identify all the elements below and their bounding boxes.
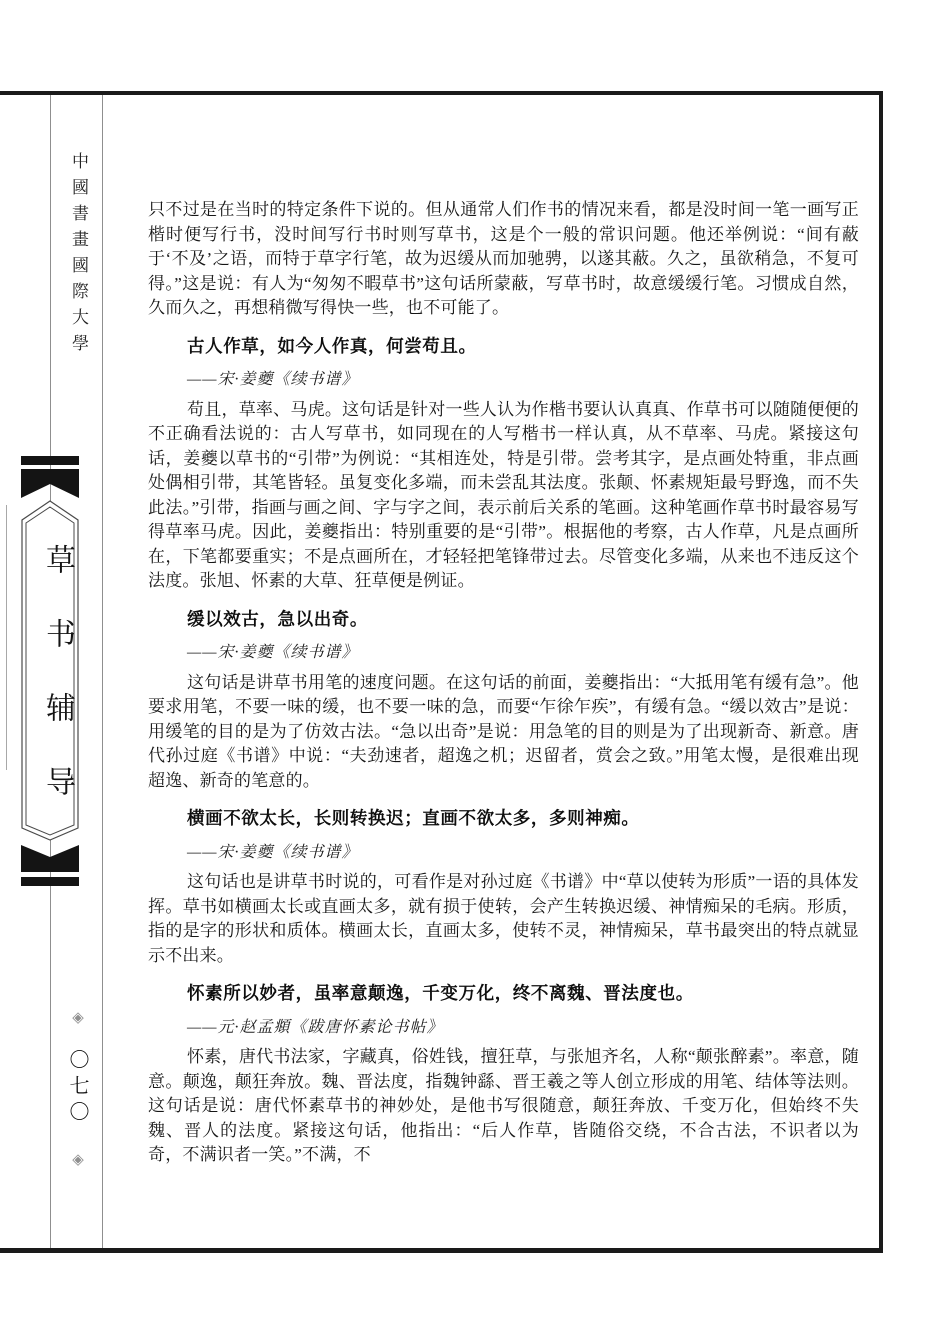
section-attribution: ——宋·姜夔《续书谱》 <box>148 841 859 866</box>
frame-top-border <box>0 91 883 95</box>
banner-bottom-bar <box>21 877 79 886</box>
banner-bottom-pennant <box>21 845 79 872</box>
banner-top-bar <box>21 456 79 465</box>
section-heading: 横画不欲太长，长则转换迟；直画不欲太多，多则神痴。 <box>148 806 859 831</box>
section: 横画不欲太长，长则转换迟；直画不欲太多，多则神痴。 ——宋·姜夔《续书谱》 这句… <box>148 806 859 968</box>
section: 古人作草，如今人作真，何尝苟且。 ——宋·姜夔《续书谱》 苟且，草率、马虎。这句… <box>148 334 859 594</box>
spine-title: 中國書畫國際大學 <box>66 152 91 360</box>
folio-page-number: 〇七〇 <box>66 1047 88 1129</box>
frame-right-border <box>879 91 883 1253</box>
section-attribution: ——宋·姜夔《续书谱》 <box>148 368 859 393</box>
section: 缓以效古，急以出奇。 ——宋·姜夔《续书谱》 这句话是讲草书用笔的速度问题。在这… <box>148 607 859 794</box>
section-body: 这句话是讲草书用笔的速度问题。在这句话的前面，姜夔指出：“大抵用笔有缓有急”。他… <box>148 671 859 794</box>
section-heading: 怀素所以妙者，虽率意颠逸，千变万化，终不离魏、晋法度也。 <box>148 981 859 1006</box>
folio: ◈ 〇七〇 ◈ <box>66 1004 88 1172</box>
section-heading: 缓以效古，急以出奇。 <box>148 607 859 632</box>
banner-title: 草书辅导 <box>35 544 79 840</box>
section-body: 苟且，草率、马虎。这句话是针对一些人认为作楷书要认认真真、作草书可以随随便便的不… <box>148 398 859 594</box>
section-attribution: ——宋·姜夔《续书谱》 <box>148 641 859 666</box>
section-attribution: ——元·赵孟頫《跋唐怀素论书帖》 <box>148 1016 859 1041</box>
diamond-ornament-icon: ◈ <box>66 1004 88 1030</box>
banner-top-pennant <box>21 469 79 498</box>
section-heading: 古人作草，如今人作真，何尝苟且。 <box>148 334 859 359</box>
intro-paragraph: 只不过是在当时的特定条件下说的。但从通常人们作书的情况来看，都是没时间一笔一画写… <box>148 198 859 321</box>
section: 怀素所以妙者，虽率意颠逸，千变万化，终不离魏、晋法度也。 ——元·赵孟頫《跋唐怀… <box>148 981 859 1168</box>
section-body: 这句话也是讲草书时说的，可看作是对孙过庭《书谱》中“草以使转为形质”一语的具体发… <box>148 870 859 968</box>
sidebar-rule-inner <box>102 95 103 1248</box>
content-area: 只不过是在当时的特定条件下说的。但从通常人们作书的情况来看，都是没时间一笔一画写… <box>148 198 859 1168</box>
diamond-ornament-icon: ◈ <box>66 1146 88 1172</box>
page-edge-line <box>6 505 7 770</box>
frame-bottom-border <box>0 1248 883 1253</box>
section-body: 怀素，唐代书法家，字藏真，俗姓钱，擅狂草，与张旭齐名，人称“颠张醉素”。率意，随… <box>148 1045 859 1168</box>
